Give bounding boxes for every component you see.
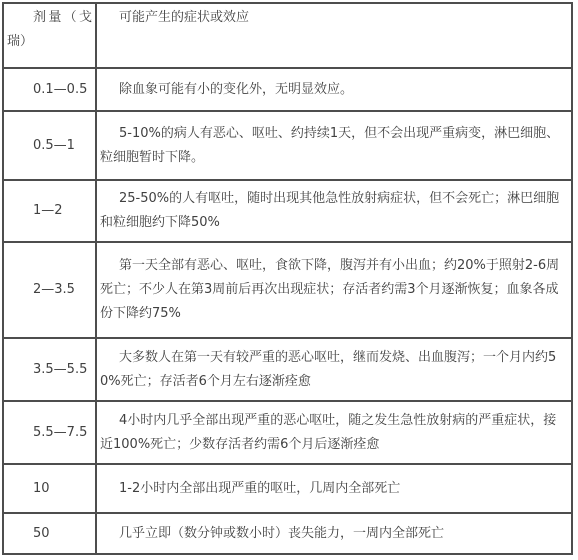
header-dose: 剂量（戈瑞） [3, 3, 96, 68]
effect-cell: 第一天全部有恶心、呕吐，食欲下降，腹泻并有小出血；约20%于照射2-6周死亡；不… [96, 242, 572, 338]
page: 剂量（戈瑞） 可能产生的症状或效应 0.1—0.5 除血象可能有小的变化外，无明… [0, 0, 578, 560]
dose-cell: 10 [3, 464, 96, 513]
dose-cell: 1—2 [3, 180, 96, 242]
effect-cell: 1-2小时内全部出现严重的呕吐，几周内全部死亡 [96, 464, 572, 513]
table-row: 1—2 25-50%的人有呕吐，随时出现其他急性放射病症状，但不会死亡；淋巴细胞… [3, 180, 572, 242]
table-row: 0.1—0.5 除血象可能有小的变化外，无明显效应。 [3, 68, 572, 111]
dose-cell: 0.5—1 [3, 111, 96, 180]
radiation-dose-table: 剂量（戈瑞） 可能产生的症状或效应 0.1—0.5 除血象可能有小的变化外，无明… [2, 2, 573, 555]
effect-cell: 几乎立即（数分钟或数小时）丧失能力，一周内全部死亡 [96, 513, 572, 554]
effect-cell: 25-50%的人有呕吐，随时出现其他急性放射病症状，但不会死亡；淋巴细胞和粒细胞… [96, 180, 572, 242]
dose-cell: 50 [3, 513, 96, 554]
dose-cell: 0.1—0.5 [3, 68, 96, 111]
effect-cell: 5-10%的病人有恶心、呕吐、约持续1天，但不会出现严重病变，淋巴细胞、粒细胞暂… [96, 111, 572, 180]
table-row: 2—3.5 第一天全部有恶心、呕吐，食欲下降，腹泻并有小出血；约20%于照射2-… [3, 242, 572, 338]
header-effects: 可能产生的症状或效应 [96, 3, 572, 68]
effect-cell: 4小时内几乎全部出现严重的恶心呕吐，随之发生急性放射病的严重症状，接近100%死… [96, 401, 572, 464]
table-header-row: 剂量（戈瑞） 可能产生的症状或效应 [3, 3, 572, 68]
dose-cell: 5.5—7.5 [3, 401, 96, 464]
table-row: 0.5—1 5-10%的病人有恶心、呕吐、约持续1天，但不会出现严重病变，淋巴细… [3, 111, 572, 180]
table-row: 50 几乎立即（数分钟或数小时）丧失能力，一周内全部死亡 [3, 513, 572, 554]
table-row: 3.5—5.5 大多数人在第一天有较严重的恶心呕吐，继而发烧、出血腹泻；一个月内… [3, 338, 572, 401]
table-row: 5.5—7.5 4小时内几乎全部出现严重的恶心呕吐，随之发生急性放射病的严重症状… [3, 401, 572, 464]
dose-cell: 2—3.5 [3, 242, 96, 338]
dose-cell: 3.5—5.5 [3, 338, 96, 401]
effect-cell: 大多数人在第一天有较严重的恶心呕吐，继而发烧、出血腹泻；一个月内约50%死亡；存… [96, 338, 572, 401]
table-row: 10 1-2小时内全部出现严重的呕吐，几周内全部死亡 [3, 464, 572, 513]
effect-cell: 除血象可能有小的变化外，无明显效应。 [96, 68, 572, 111]
